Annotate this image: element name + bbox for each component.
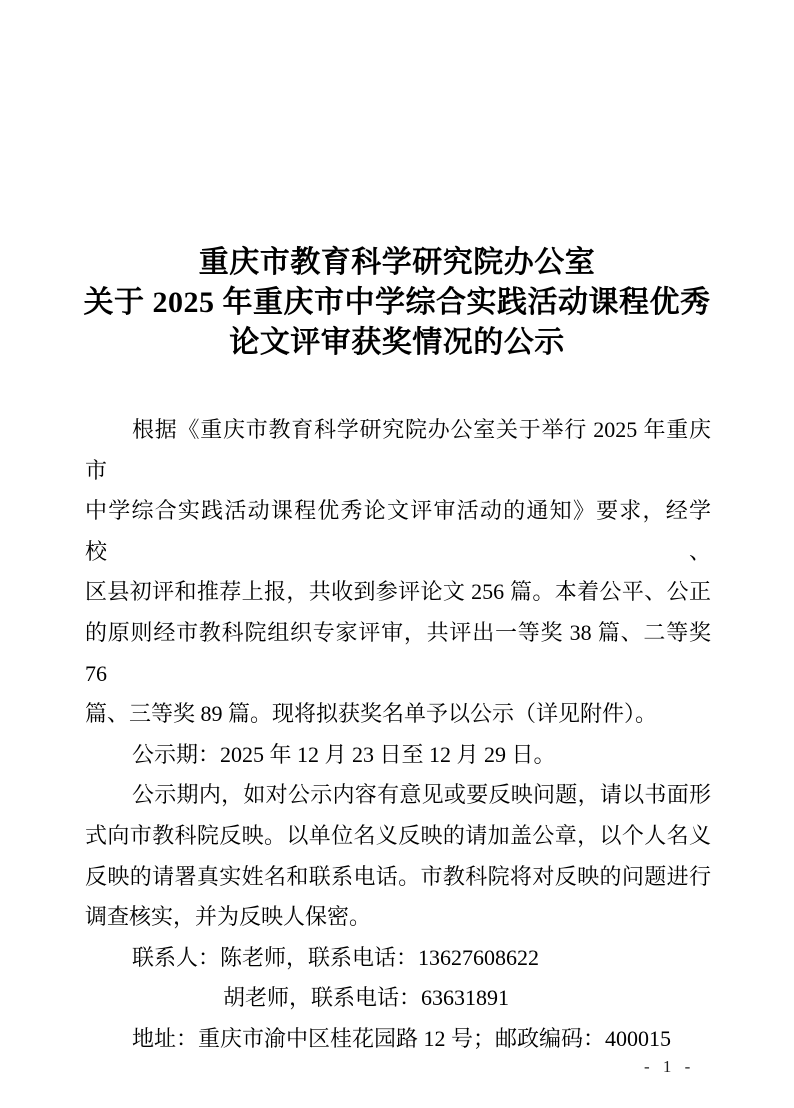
paragraph3-line-4: 调查核实，并为反映人保密。 bbox=[85, 897, 711, 938]
title-line-3: 论文评审获奖情况的公示 bbox=[0, 323, 794, 363]
paragraph1-line-4: 的原则经市教科院组织专家评审，共评出一等奖 38 篇、二等奖 76 bbox=[85, 613, 711, 694]
paragraph3-line-1: 公示期内，如对公示内容有意见或要反映问题，请以书面形 bbox=[85, 775, 711, 816]
paragraph3-line-3: 反映的请署真实姓名和联系电话。市教科院将对反映的问题进行 bbox=[85, 857, 711, 898]
page-number: - 1 - bbox=[644, 1057, 690, 1077]
title-line-1: 重庆市教育科学研究院办公室 bbox=[0, 243, 794, 283]
contact-person-line: 联系人：陈老师，联系电话：13627608622 bbox=[85, 938, 711, 979]
document-body: 根据《重庆市教育科学研究院办公室关于举行 2025 年重庆市 中学综合实践活动课… bbox=[85, 410, 711, 1060]
title-line-2: 关于 2025 年重庆市中学综合实践活动课程优秀 bbox=[0, 283, 794, 323]
paragraph1-line-5: 篇、三等奖 89 篇。现将拟获奖名单予以公示（详见附件）。 bbox=[85, 694, 711, 735]
paragraph1-line-3: 区县初评和推荐上报，共收到参评论文 256 篇。本着公平、公正 bbox=[85, 572, 711, 613]
paragraph1-line-2: 中学综合实践活动课程优秀论文评审活动的通知》要求，经学校、 bbox=[85, 491, 711, 572]
contact-person-line-2: 胡老师，联系电话：63631891 bbox=[85, 978, 711, 1019]
paragraph3-line-2: 式向市教科院反映。以单位名义反映的请加盖公章，以个人名义 bbox=[85, 816, 711, 857]
address-line: 地址：重庆市渝中区桂花园路 12 号；邮政编码：400015 bbox=[85, 1019, 711, 1060]
document-title: 重庆市教育科学研究院办公室 关于 2025 年重庆市中学综合实践活动课程优秀 论… bbox=[0, 243, 794, 363]
publicity-period-line: 公示期：2025 年 12 月 23 日至 12 月 29 日。 bbox=[85, 735, 711, 776]
paragraph1-line-1: 根据《重庆市教育科学研究院办公室关于举行 2025 年重庆市 bbox=[85, 410, 711, 491]
document-page: 重庆市教育科学研究院办公室 关于 2025 年重庆市中学综合实践活动课程优秀 论… bbox=[0, 0, 794, 1108]
